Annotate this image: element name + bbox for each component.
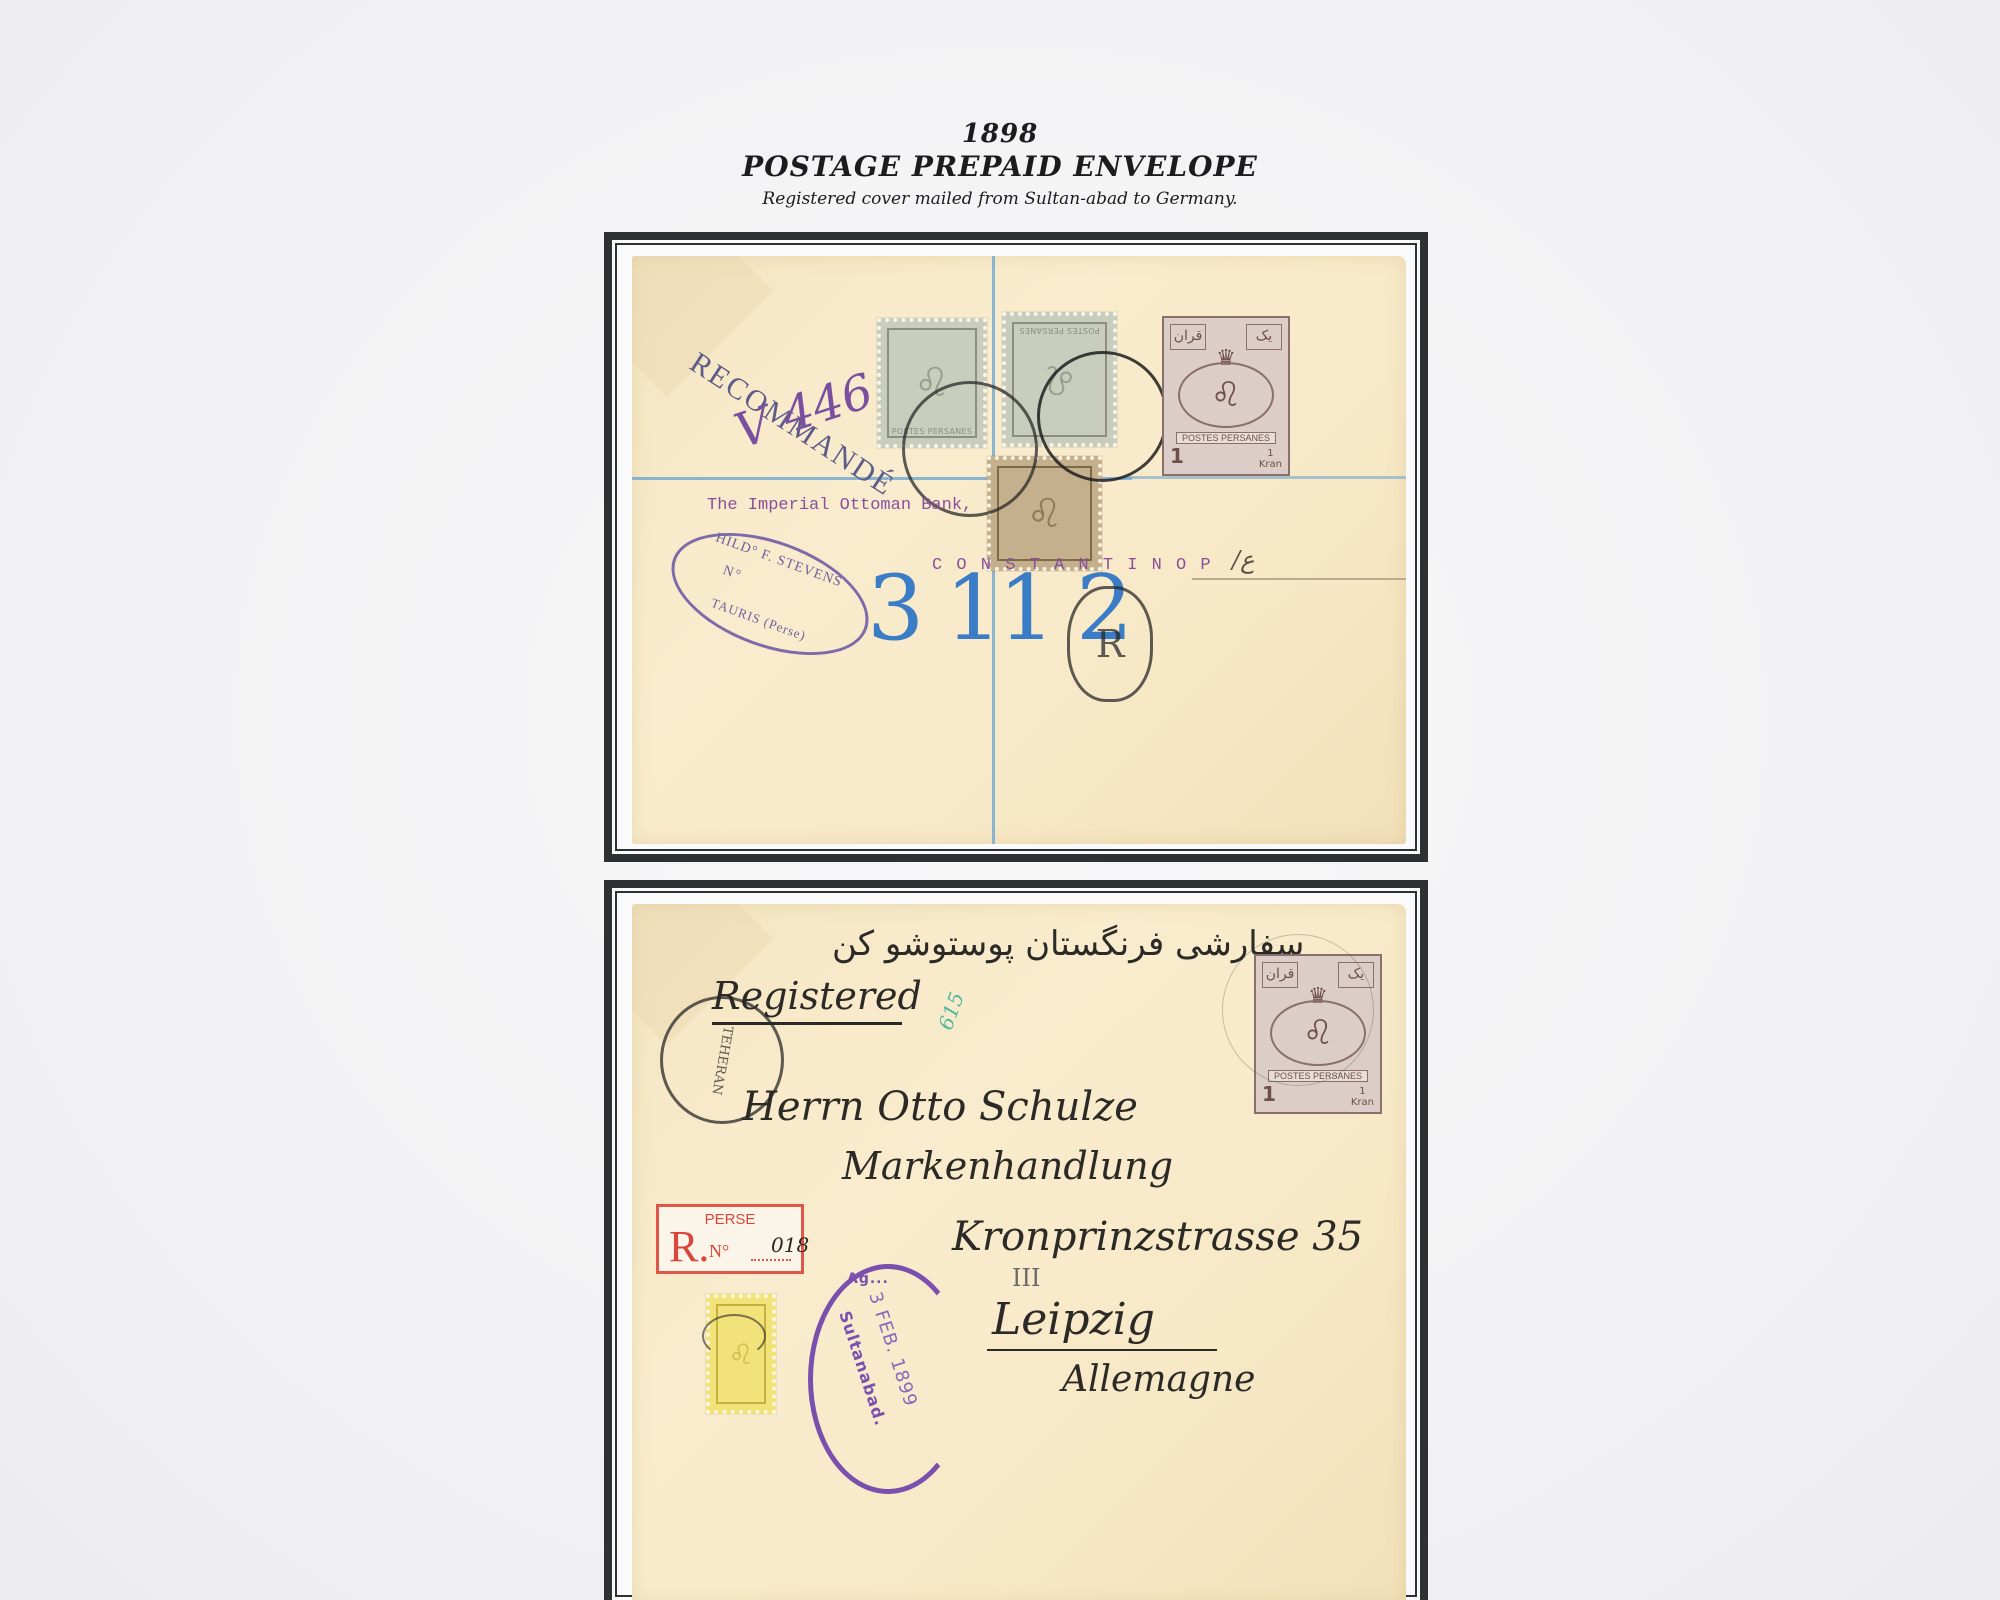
page-subtitle: Registered cover mailed from Sultan-abad… <box>0 186 2000 212</box>
mount-frame-front: RECOMMANDÉ V 446 // ♌ POSTES PERSANES ♌ … <box>604 232 1428 862</box>
registration-label: PERSE R. N° 018 <box>656 1204 804 1274</box>
addressee-line-1: The Imperial Ottoman Bank, <box>707 496 972 515</box>
envelope-second: سفارشی فرنگستان پوستوشو کن Registered 61… <box>632 904 1406 1600</box>
printed-indicia-1-kran: قران یک ♛ ♌ POSTES PERSANES 1 1Kran <box>1162 316 1290 476</box>
sender-oval-handstamp: HILD° F. STEVENS N° TAURIS (Perse) <box>655 509 885 679</box>
envelope-front: RECOMMANDÉ V 446 // ♌ POSTES PERSANES ♌ … <box>632 256 1406 844</box>
persian-inscription: سفارشی فرنگستان پوستوشو کن <box>832 924 1304 964</box>
lion-emblem-icon: ♌ <box>1027 491 1063 537</box>
addressee-country: Allemagne <box>1062 1359 1255 1400</box>
registration-r-handstamp: R <box>1067 586 1153 702</box>
faint-postmark <box>1222 934 1374 1086</box>
city-underline <box>987 1349 1217 1351</box>
mount-frame-second-cover: سفارشی فرنگستان پوستوشو کن Registered 61… <box>604 880 1428 1600</box>
addressee-business: Markenhandlung <box>842 1144 1173 1188</box>
page-year: 1898 <box>0 118 2000 150</box>
pencil-note: 615 <box>933 989 969 1033</box>
address-underline <box>1192 578 1406 580</box>
sultanabad-agency-handstamp: Ag... Sultanabad. 3 FEB. 1899 <box>808 1264 968 1494</box>
page-title: POSTAGE PREPAID ENVELOPE <box>0 150 2000 184</box>
stamp-cancel <box>702 1314 766 1358</box>
circular-postmark-2 <box>1037 351 1168 482</box>
addressee-city: Leipzig <box>992 1294 1155 1345</box>
addressee-street: Kronprinzstrasse 35 <box>952 1214 1363 1260</box>
lion-and-sun-emblem-icon: ♌ <box>1178 362 1274 428</box>
page-heading: 1898 POSTAGE PREPAID ENVELOPE Registered… <box>0 118 2000 212</box>
roman-numeral-note: III <box>1012 1264 1040 1292</box>
blue-crayon-line-horizontal-right <box>1122 476 1406 479</box>
addressee-name: Herrn Otto Schulze <box>742 1084 1138 1130</box>
city-annotation: /ع <box>1232 546 1254 574</box>
